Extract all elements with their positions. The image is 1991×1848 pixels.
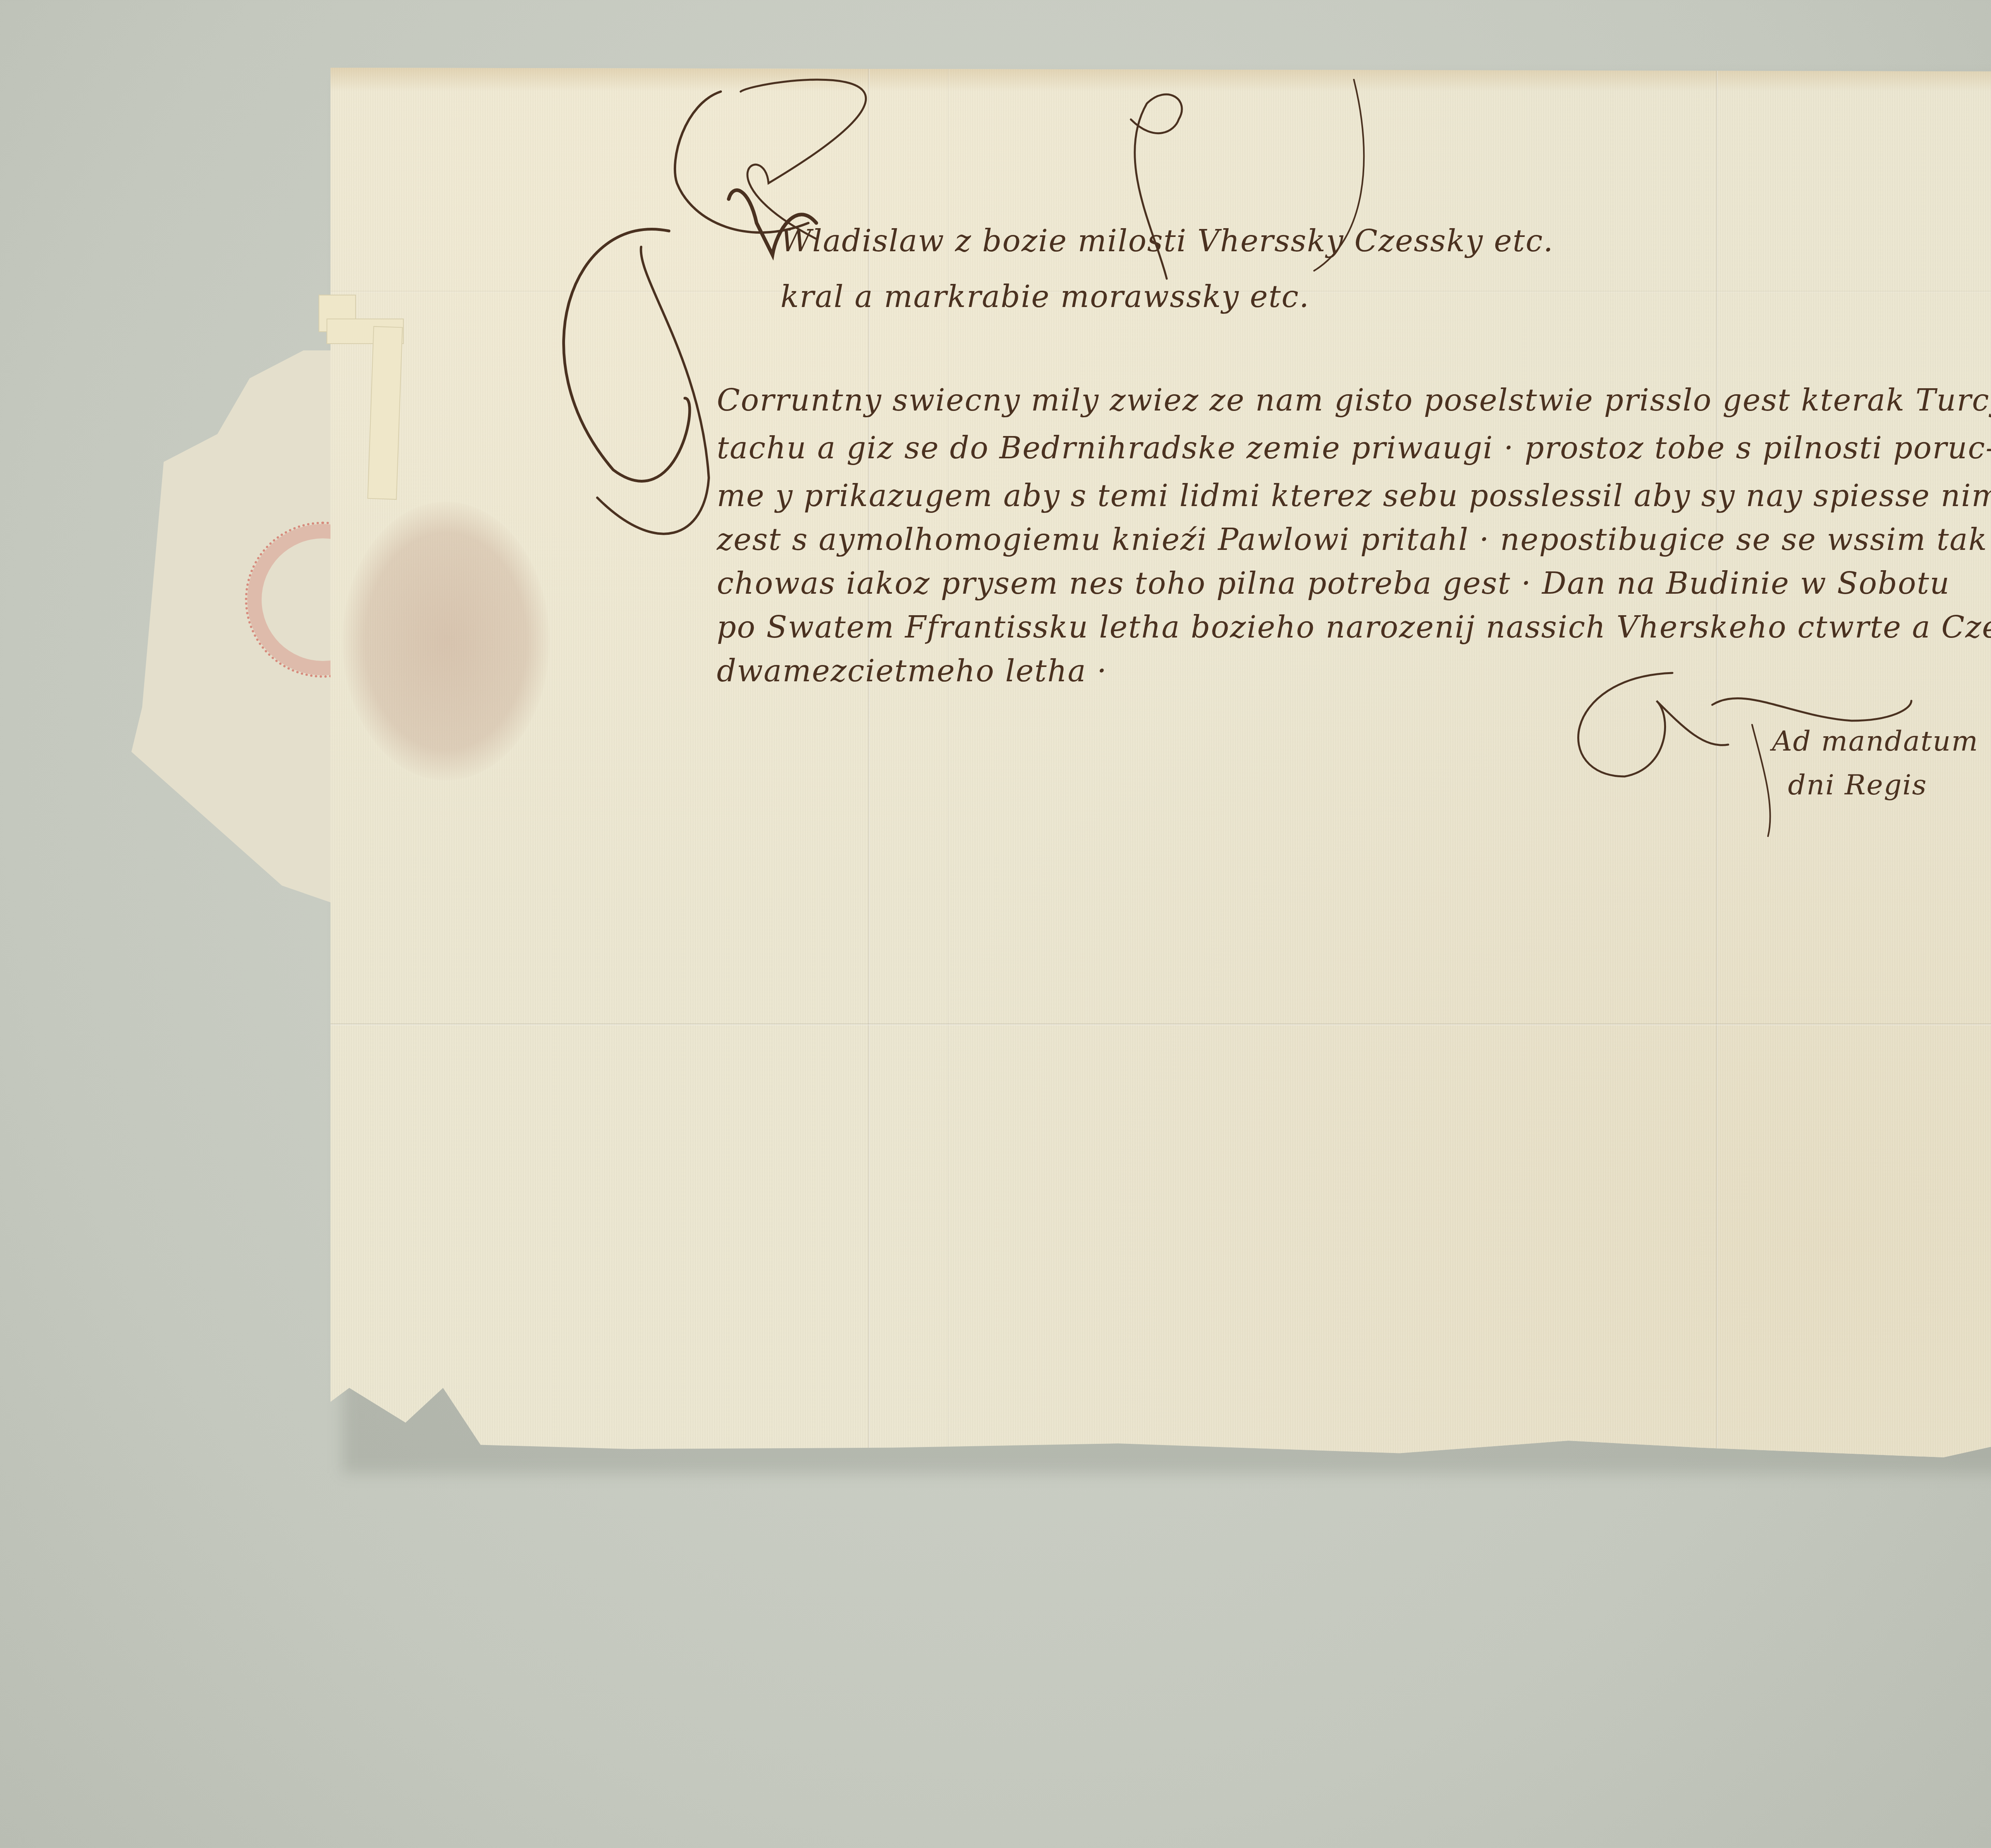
intitulatio-line: Wladislaw z bozie milosti Vherssky Czess… — [780, 223, 1554, 258]
body-line: po Swatem Ffrantissku letha bozieho naro… — [717, 609, 1991, 645]
body-line: Corruntny swiecny mily zwiez ze nam gist… — [717, 382, 1991, 418]
subscription-line: Ad mandatum — [1772, 725, 1979, 757]
body-line: dwamezcietmeho letha · — [717, 653, 1107, 688]
seal-stain — [342, 502, 550, 780]
fold-line-vertical — [1716, 68, 1718, 1457]
subscription-line: dni Regis — [1788, 769, 1927, 801]
paper-tag — [367, 326, 403, 500]
intitulatio-line: kral a markrabie morawssky etc. — [780, 279, 1310, 314]
manuscript-sheet — [331, 68, 1991, 1457]
body-line: chowas iakoz prysem nes toho pilna potre… — [717, 565, 1950, 601]
fold-line-vertical — [868, 68, 870, 1457]
body-line: tachu a giz se do Bedrnihradske zemie pr… — [717, 430, 1991, 465]
fold-line-vertical — [948, 68, 949, 1457]
body-line: me y prikazugem aby s temi lidmi kterez … — [717, 478, 1991, 513]
body-line: zest s aymolhomogiemu knieźi Pawlowi pri… — [717, 522, 1991, 557]
edge-stain — [331, 68, 1991, 92]
fold-line-horizontal — [331, 1023, 1991, 1025]
